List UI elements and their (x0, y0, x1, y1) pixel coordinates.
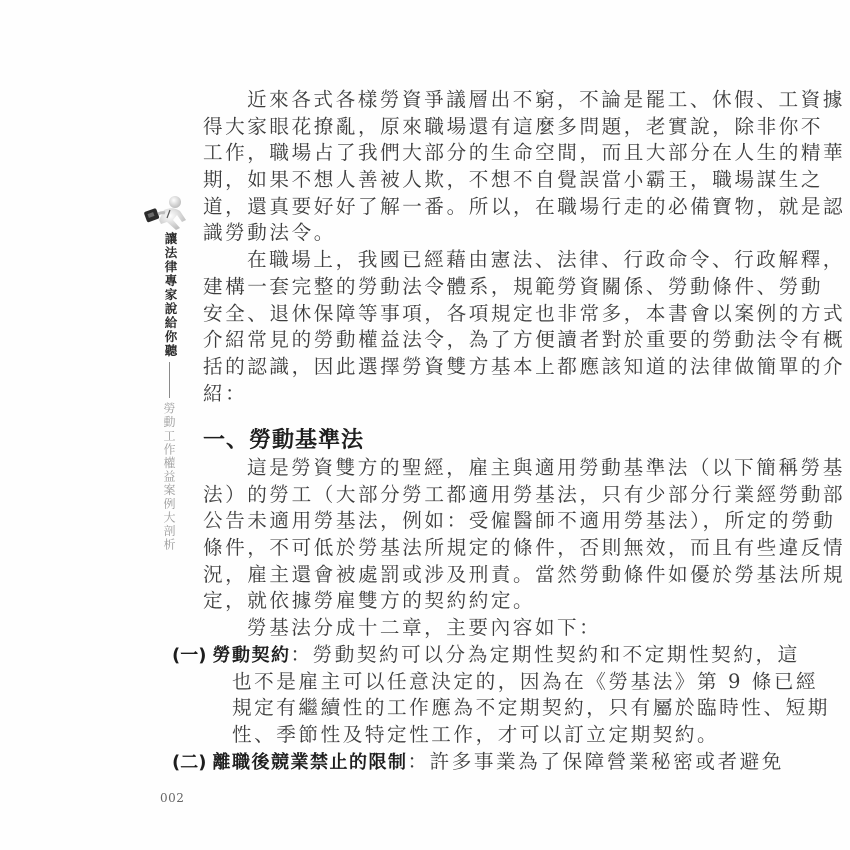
text-line: 況，雇主還會被處罰或涉及刑責。當然勞動條件如優於勞基法所規 (203, 562, 649, 589)
text-line: 介紹常見的勞動權益法令，為了方便讀者對於重要的勞動法令有概 (203, 327, 649, 354)
text-line: 法）的勞工（大部分勞工都適用勞基法，只有少部分行業經勞動部 (203, 482, 649, 509)
book-title: 讓法律專家說給你聽 (161, 232, 179, 358)
text-line: 道，還真要好好了解一番。所以，在職場行走的必備寶物，就是認 (203, 194, 649, 221)
chapter-list: (一)勞動契約：勞動契約可以分為定期性契約和不定期性契約，這 也不是雇主可以任意… (172, 642, 652, 775)
text-line: 括的認識，因此選擇勞資雙方基本上都應該知道的法律做簡單的介 (203, 354, 649, 381)
list-text: ：許多事業為了保障營業秘密或者避免 (407, 750, 783, 773)
text-line: 定，就依據勞雇雙方的契約約定。 (203, 588, 649, 615)
section-body: 這是勞資雙方的聖經，雇主與適用勞動基準法（以下簡稱勞基 法）的勞工（大部分勞工都… (203, 455, 649, 642)
text-line: 這是勞資雙方的聖經，雇主與適用勞動基準法（以下簡稱勞基 (203, 455, 649, 482)
text-line: 近來各式各樣勞資爭議層出不窮，不論是罷工、休假、工資據 (203, 87, 649, 114)
text-line: 工作，職場占了我們大部分的生命空間，而且大部分在人生的精華 (203, 140, 649, 167)
section-heading: 一、勞動基準法 (203, 423, 364, 454)
list-text: ：勞動契約可以分為定期性契約和不定期性契約，這 (290, 643, 799, 666)
list-item: (一)勞動契約：勞動契約可以分為定期性契約和不定期性契約，這 也不是雇主可以任意… (172, 642, 652, 749)
list-term: 勞動契約 (212, 645, 290, 666)
side-running-title: 讓法律專家說給你聽 勞動工作權益案例大剖析 (161, 232, 183, 552)
list-marker: (二) (172, 752, 206, 773)
text-line: 識勞動法令。 (203, 220, 649, 247)
book-subtitle: 勞動工作權益案例大剖析 (161, 402, 178, 552)
list-term: 離職後競業禁止的限制 (212, 752, 407, 773)
text-line: 也不是雇主可以任意決定的，因為在《勞基法》第 9 條已經 (172, 669, 652, 696)
intro-section: 近來各式各樣勞資爭議層出不窮，不論是罷工、休假、工資據 得大家眼花撩亂，原來職場… (203, 87, 649, 407)
list-marker: (一) (172, 645, 206, 666)
page-number: 002 (160, 791, 184, 805)
text-line: 性、季節性及特定性工作，才可以訂立定期契約。 (172, 722, 652, 749)
text-line: 公告未適用勞基法，例如：受僱醫師不適用勞基法），所定的勞動 (203, 508, 649, 535)
text-line: 期，如果不想人善被人欺，不想不自覺誤當小霸王，職場謀生之 (203, 167, 649, 194)
intro-paragraph-2: 在職場上，我國已經藉由憲法、法律、行政命令、行政解釋， 建構一套完整的勞動法令體… (203, 247, 649, 407)
running-businessman-icon (140, 194, 195, 234)
section-paragraph-1: 這是勞資雙方的聖經，雇主與適用勞動基準法（以下簡稱勞基 法）的勞工（大部分勞工都… (203, 455, 649, 615)
text-line: 在職場上，我國已經藉由憲法、法律、行政命令、行政解釋， (203, 247, 649, 274)
list-item: (二)離職後競業禁止的限制：許多事業為了保障營業秘密或者避免 (172, 749, 652, 776)
text-line: 安全、退休保障等事項，各項規定也非常多，本書會以案例的方式 (203, 301, 649, 328)
text-line: 得大家眼花撩亂，原來職場還有這麼多問題，老實說，除非你不 (203, 114, 649, 141)
intro-paragraph-1: 近來各式各樣勞資爭議層出不窮，不論是罷工、休假、工資據 得大家眼花撩亂，原來職場… (203, 87, 649, 247)
book-page: 讓法律專家說給你聽 勞動工作權益案例大剖析 近來各式各樣勞資爭議層出不窮，不論是… (0, 0, 850, 850)
title-divider (169, 362, 170, 398)
text-line: 條件，不可低於勞基法所規定的條件，否則無效，而且有些違反情 (203, 535, 649, 562)
text-line: 建構一套完整的勞動法令體系，規範勞資關係、勞動條件、勞動 (203, 274, 649, 301)
section-paragraph-2: 勞基法分成十二章，主要內容如下： (203, 615, 649, 642)
text-line: 紹： (203, 381, 649, 408)
text-line: 規定有繼續性的工作應為不定期契約，只有屬於臨時性、短期 (172, 695, 652, 722)
